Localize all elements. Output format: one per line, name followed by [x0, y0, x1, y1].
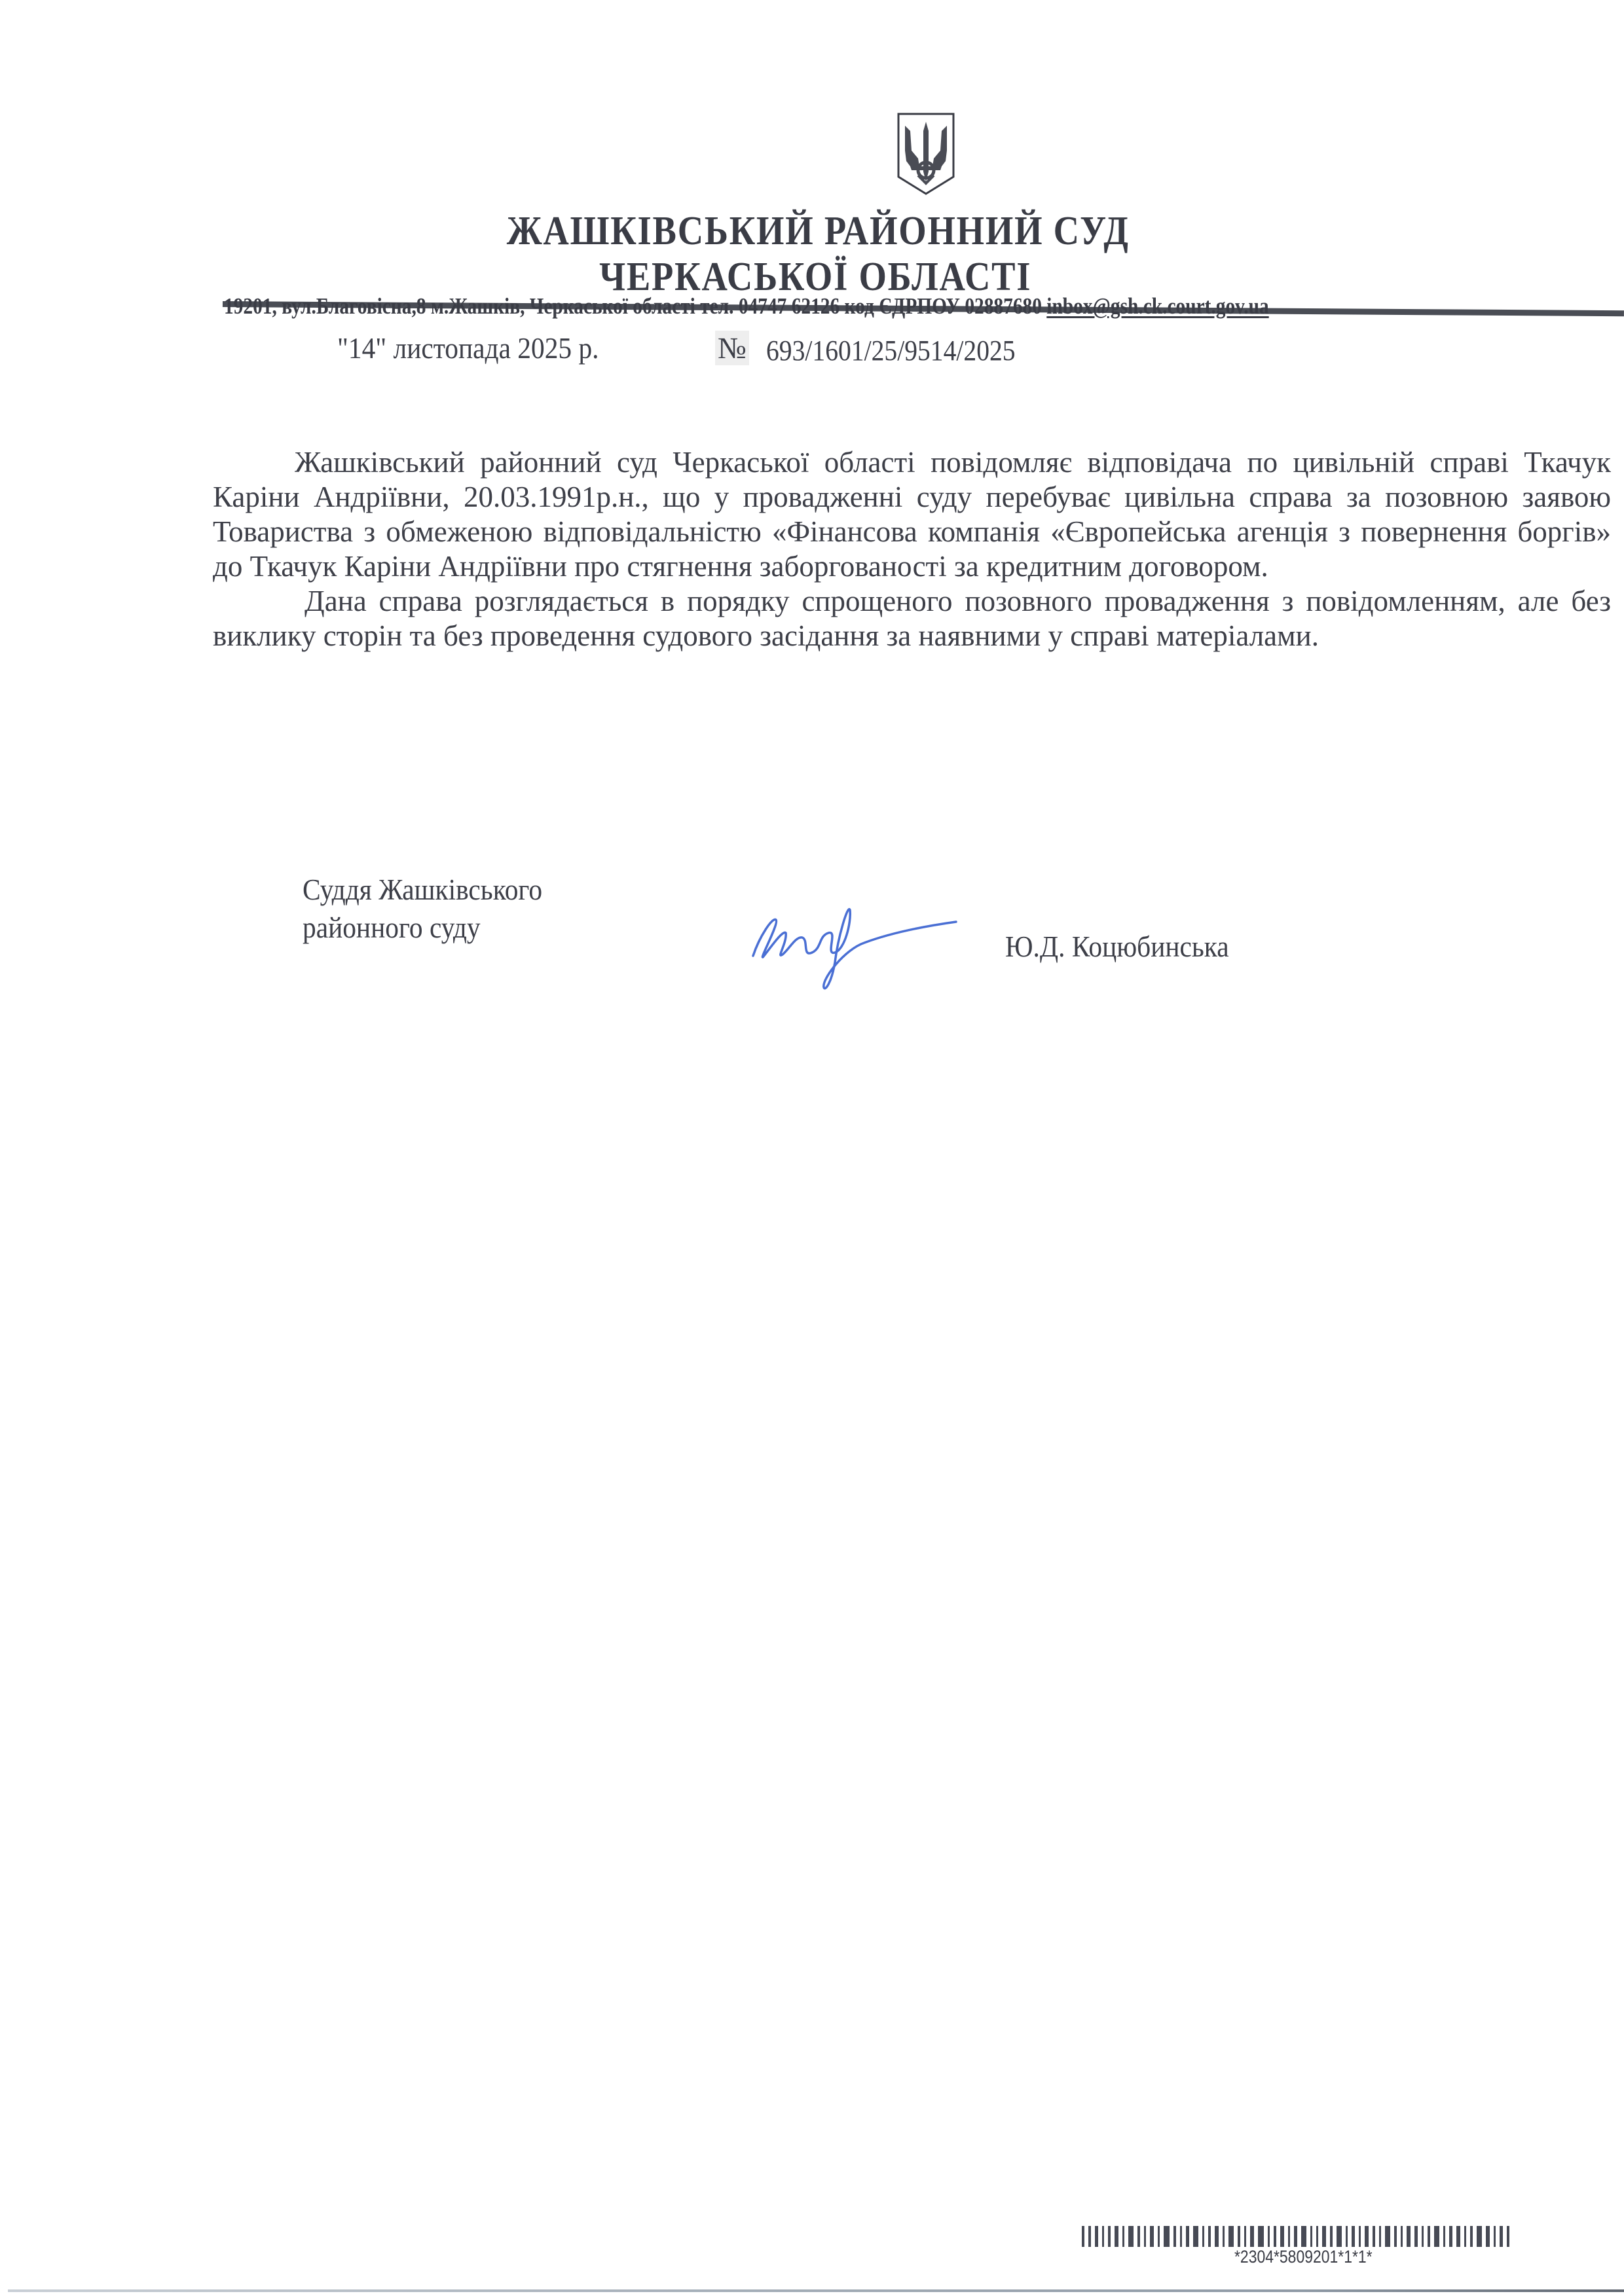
barcode-number: *2304*5809201*1*1* [1234, 2247, 1373, 2267]
number-sign: № [715, 331, 749, 365]
notice-paragraph: Дана справа розглядається в порядку спро… [213, 584, 1611, 653]
signer-title-line1: Суддя Жашківського [303, 871, 542, 909]
court-name-line1: ЖАШКІВСЬКИЙ РАЙОННИЙ СУД [103, 208, 1532, 255]
signer-title-line2: районного суду [303, 909, 542, 947]
address-text: 19201, вул.Благовісна,8 м.Жашків, Черкас… [224, 293, 1046, 319]
court-notice-page: ЖАШКІВСЬКИЙ РАЙОННИЙ СУД ЧЕРКАСЬКОЇ ОБЛА… [0, 0, 1624, 2296]
signer-name: Ю.Д. Коцюбинська [1005, 930, 1229, 964]
notice-body: Жашківський районний суд Черкаської обла… [213, 445, 1611, 653]
barcode [1082, 2226, 1563, 2247]
notice-paragraph: Жашківський районний суд Черкаської обла… [213, 445, 1611, 584]
handwritten-signature-icon [747, 897, 963, 995]
document-number: 693/1601/25/9514/2025 [766, 334, 1016, 367]
document-date: "14" листопада 2025 р. [337, 331, 599, 365]
trident-coat-of-arms-icon [896, 111, 956, 196]
court-address: 19201, вул.Благовісна,8 м.Жашків, Черкас… [224, 293, 1379, 319]
signer-title: Суддя Жашківського районного суду [303, 871, 542, 947]
scan-edge [8, 2289, 1624, 2292]
email-link[interactable]: inbox@gsh.ck.court.gov.ua [1046, 293, 1268, 319]
